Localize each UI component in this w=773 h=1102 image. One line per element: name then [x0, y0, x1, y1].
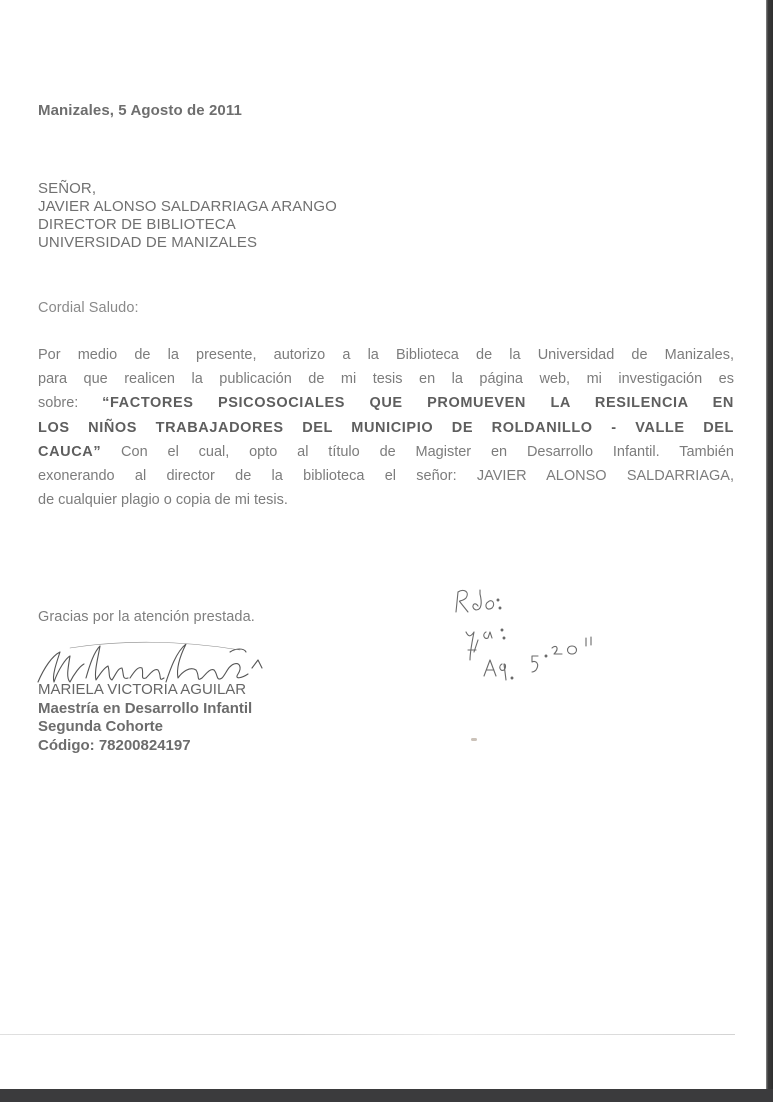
scanned-letter-page: Manizales, 5 Agosto de 2011 SEÑOR, JAVIE… [0, 0, 766, 1089]
thesis-title-part: LOS NIÑOS TRABAJADORES DEL MUNICIPIO DE … [38, 420, 734, 436]
body-line: CAUCA” Con el cual, opto al título de Ma… [38, 440, 734, 464]
scan-artifact-line [0, 1034, 735, 1035]
signer-code: Código: 78200824197 [38, 737, 252, 756]
addressee-name: JAVIER ALONSO SALDARRIAGA ARANGO [38, 198, 337, 216]
thesis-title-part: CAUCA” [38, 444, 101, 460]
addressee-salutation: SEÑOR, [38, 180, 337, 198]
addressee-title: DIRECTOR DE BIBLIOTECA [38, 216, 337, 234]
signer-block: MARIELA VICTORIA AGUILAR Maestría en Des… [38, 681, 252, 755]
greeting: Cordial Saludo: [38, 300, 139, 316]
body-text: sobre: [38, 395, 102, 411]
addressee-block: SEÑOR, JAVIER ALONSO SALDARRIAGA ARANGO … [38, 180, 337, 252]
body-paragraph: Por medio de la presente, autorizo a la … [38, 343, 734, 512]
body-line: exonerando al director de la biblioteca … [38, 464, 734, 488]
signer-cohort: Segunda Cohorte [38, 718, 252, 737]
scan-speck [471, 738, 477, 741]
thesis-title-part: “FACTORES PSICOSOCIALES QUE PROMUEVEN LA… [102, 395, 734, 411]
body-text: Con el cual, opto al título de Magister … [101, 444, 734, 460]
signer-program: Maestría en Desarrollo Infantil [38, 700, 252, 719]
body-line: sobre: “FACTORES PSICOSOCIALES QUE PROMU… [38, 391, 734, 415]
handwritten-receipt-note [440, 580, 640, 710]
body-line: de cualquier plagio o copia de mi tesis. [38, 488, 734, 512]
body-line: Por medio de la presente, autorizo a la … [38, 343, 734, 367]
body-line: para que realicen la publicación de mi t… [38, 367, 734, 391]
scanner-edge-right [766, 0, 773, 1102]
scanner-edge-bottom [0, 1089, 773, 1102]
body-line: LOS NIÑOS TRABAJADORES DEL MUNICIPIO DE … [38, 416, 734, 440]
letter-date: Manizales, 5 Agosto de 2011 [38, 102, 242, 119]
signer-name: MARIELA VICTORIA AGUILAR [38, 681, 252, 700]
addressee-institution: UNIVERSIDAD DE MANIZALES [38, 234, 337, 252]
closing-line: Gracias por la atención prestada. [38, 609, 255, 625]
